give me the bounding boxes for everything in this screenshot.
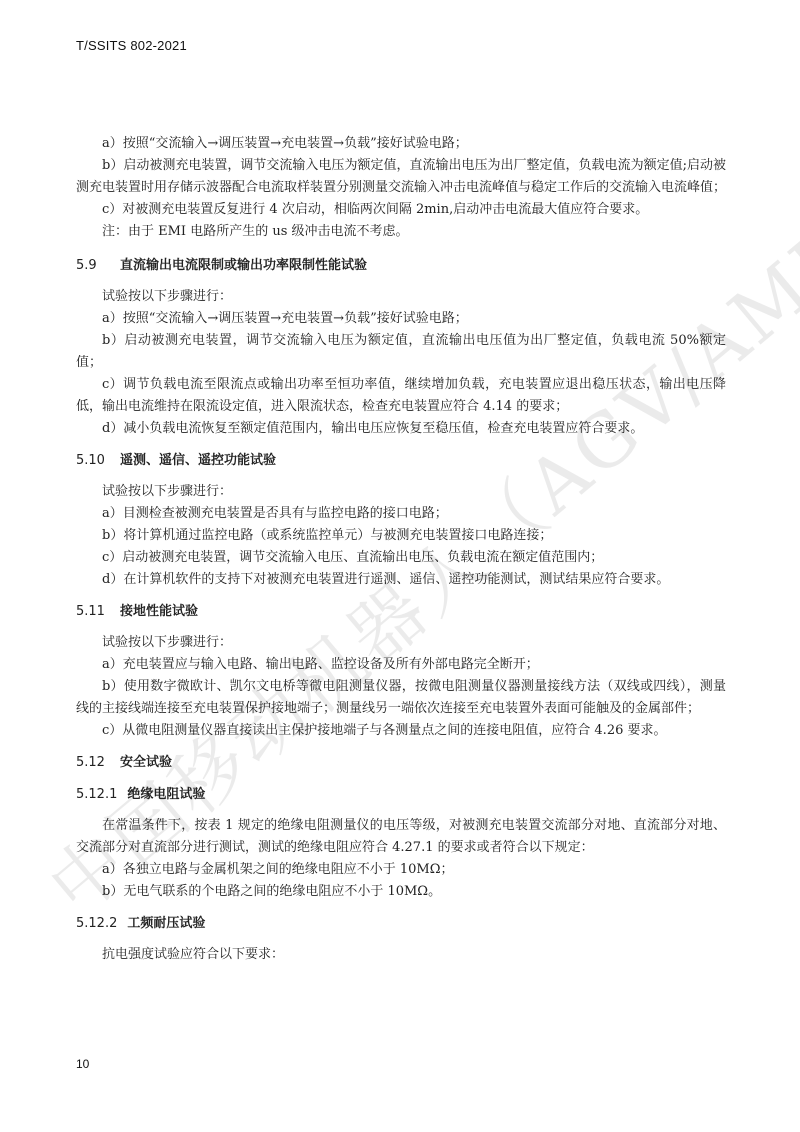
list-item: c）对被测充电装置反复进行 4 次启动，相临两次间隔 2min,启动冲击电流最大…: [76, 199, 726, 221]
section-title: 安全试验: [120, 755, 172, 770]
list-item: a）按照“交流输入→调压装置→充电装置→负载”接好试验电路；: [76, 308, 726, 330]
page-body: a）按照“交流输入→调压装置→充电装置→负载”接好试验电路； b）启动被测充电装…: [76, 133, 726, 966]
section-title: 遥测、遥信、遥控功能试验: [120, 453, 276, 468]
section-title: 工频耐压试验: [127, 916, 205, 931]
list-item: b）无电气联系的个电路之间的绝缘电阻应不小于 10MΩ。: [76, 881, 726, 903]
list-item: c）启动被测充电装置，调节交流输入电压、直流输出电压、负载电流在额定值范围内；: [76, 547, 726, 569]
section-number: 5.12: [76, 752, 110, 774]
lead-text: 试验按以下步骤进行：: [76, 481, 726, 503]
section-heading-5-11: 5.11接地性能试验: [76, 601, 726, 623]
note: 注：由于 EMI 电路所产生的 us 级冲击电流不考虑。: [76, 221, 726, 243]
section-title: 直流输出电流限制或输出功率限制性能试验: [120, 258, 367, 273]
section-number: 5.9: [76, 255, 110, 277]
section-number: 5.10: [76, 450, 110, 472]
list-item: a）各独立电路与金属机架之间的绝缘电阻应不小于 10MΩ；: [76, 859, 726, 881]
section-number: 5.12.1: [76, 784, 117, 806]
lead-text: 在常温条件下，按表 1 规定的绝缘电阻测量仪的电压等级，对被测充电装置交流部分对…: [76, 815, 726, 859]
section-number: 5.12.2: [76, 913, 117, 935]
list-item: a）充电装置应与输入电路、输出电路、监控设备及所有外部电路完全断开；: [76, 654, 726, 676]
lead-text: 试验按以下步骤进行：: [76, 632, 726, 654]
lead-text: 抗电强度试验应符合以下要求：: [76, 944, 726, 966]
list-item: b）启动被测充电装置，调节交流输入电压为额定值，直流输出电压为出厂整定值，负载电…: [76, 155, 726, 199]
list-item: b）使用数字微欧计、凯尔文电桥等微电阻测量仪器，按微电阻测量仪器测量接线方法（双…: [76, 676, 726, 720]
list-item: a）按照“交流输入→调压装置→充电装置→负载”接好试验电路；: [76, 133, 726, 155]
list-item: b）将计算机通过监控电路（或系统监控单元）与被测充电装置接口电路连接；: [76, 525, 726, 547]
list-item: c）调节负载电流至限流点或输出功率至恒功率值，继续增加负载，充电装置应退出稳压状…: [76, 374, 726, 418]
list-item: d）减小负载电流恢复至额定值范围内，输出电压应恢复至稳压值，检查充电装置应符合要…: [76, 418, 726, 440]
list-item: a）目测检查被测充电装置是否具有与监控电路的接口电路；: [76, 503, 726, 525]
list-item: d）在计算机软件的支持下对被测充电装置进行遥测、遥信、遥控功能测试，测试结果应符…: [76, 569, 726, 591]
section-heading-5-10: 5.10遥测、遥信、遥控功能试验: [76, 450, 726, 472]
section-heading-5-9: 5.9直流输出电流限制或输出功率限制性能试验: [76, 255, 726, 277]
section-heading-5-12-2: 5.12.2工频耐压试验: [76, 913, 726, 935]
page-number: 10: [76, 1057, 89, 1071]
lead-text: 试验按以下步骤进行：: [76, 286, 726, 308]
list-item: c）从微电阻测量仪器直接读出主保护接地端子与各测量点之间的连接电阻值，应符合 4…: [76, 720, 726, 742]
section-number: 5.11: [76, 601, 110, 623]
section-heading-5-12: 5.12安全试验: [76, 752, 726, 774]
section-heading-5-12-1: 5.12.1绝缘电阻试验: [76, 784, 726, 806]
section-title: 绝缘电阻试验: [127, 787, 205, 802]
section-title: 接地性能试验: [120, 604, 198, 619]
list-item: b）启动被测充电装置，调节交流输入电压为额定值，直流输出电压值为出厂整定值，负载…: [76, 330, 726, 374]
document-id-header: T/SSITS 802-2021: [76, 38, 187, 53]
